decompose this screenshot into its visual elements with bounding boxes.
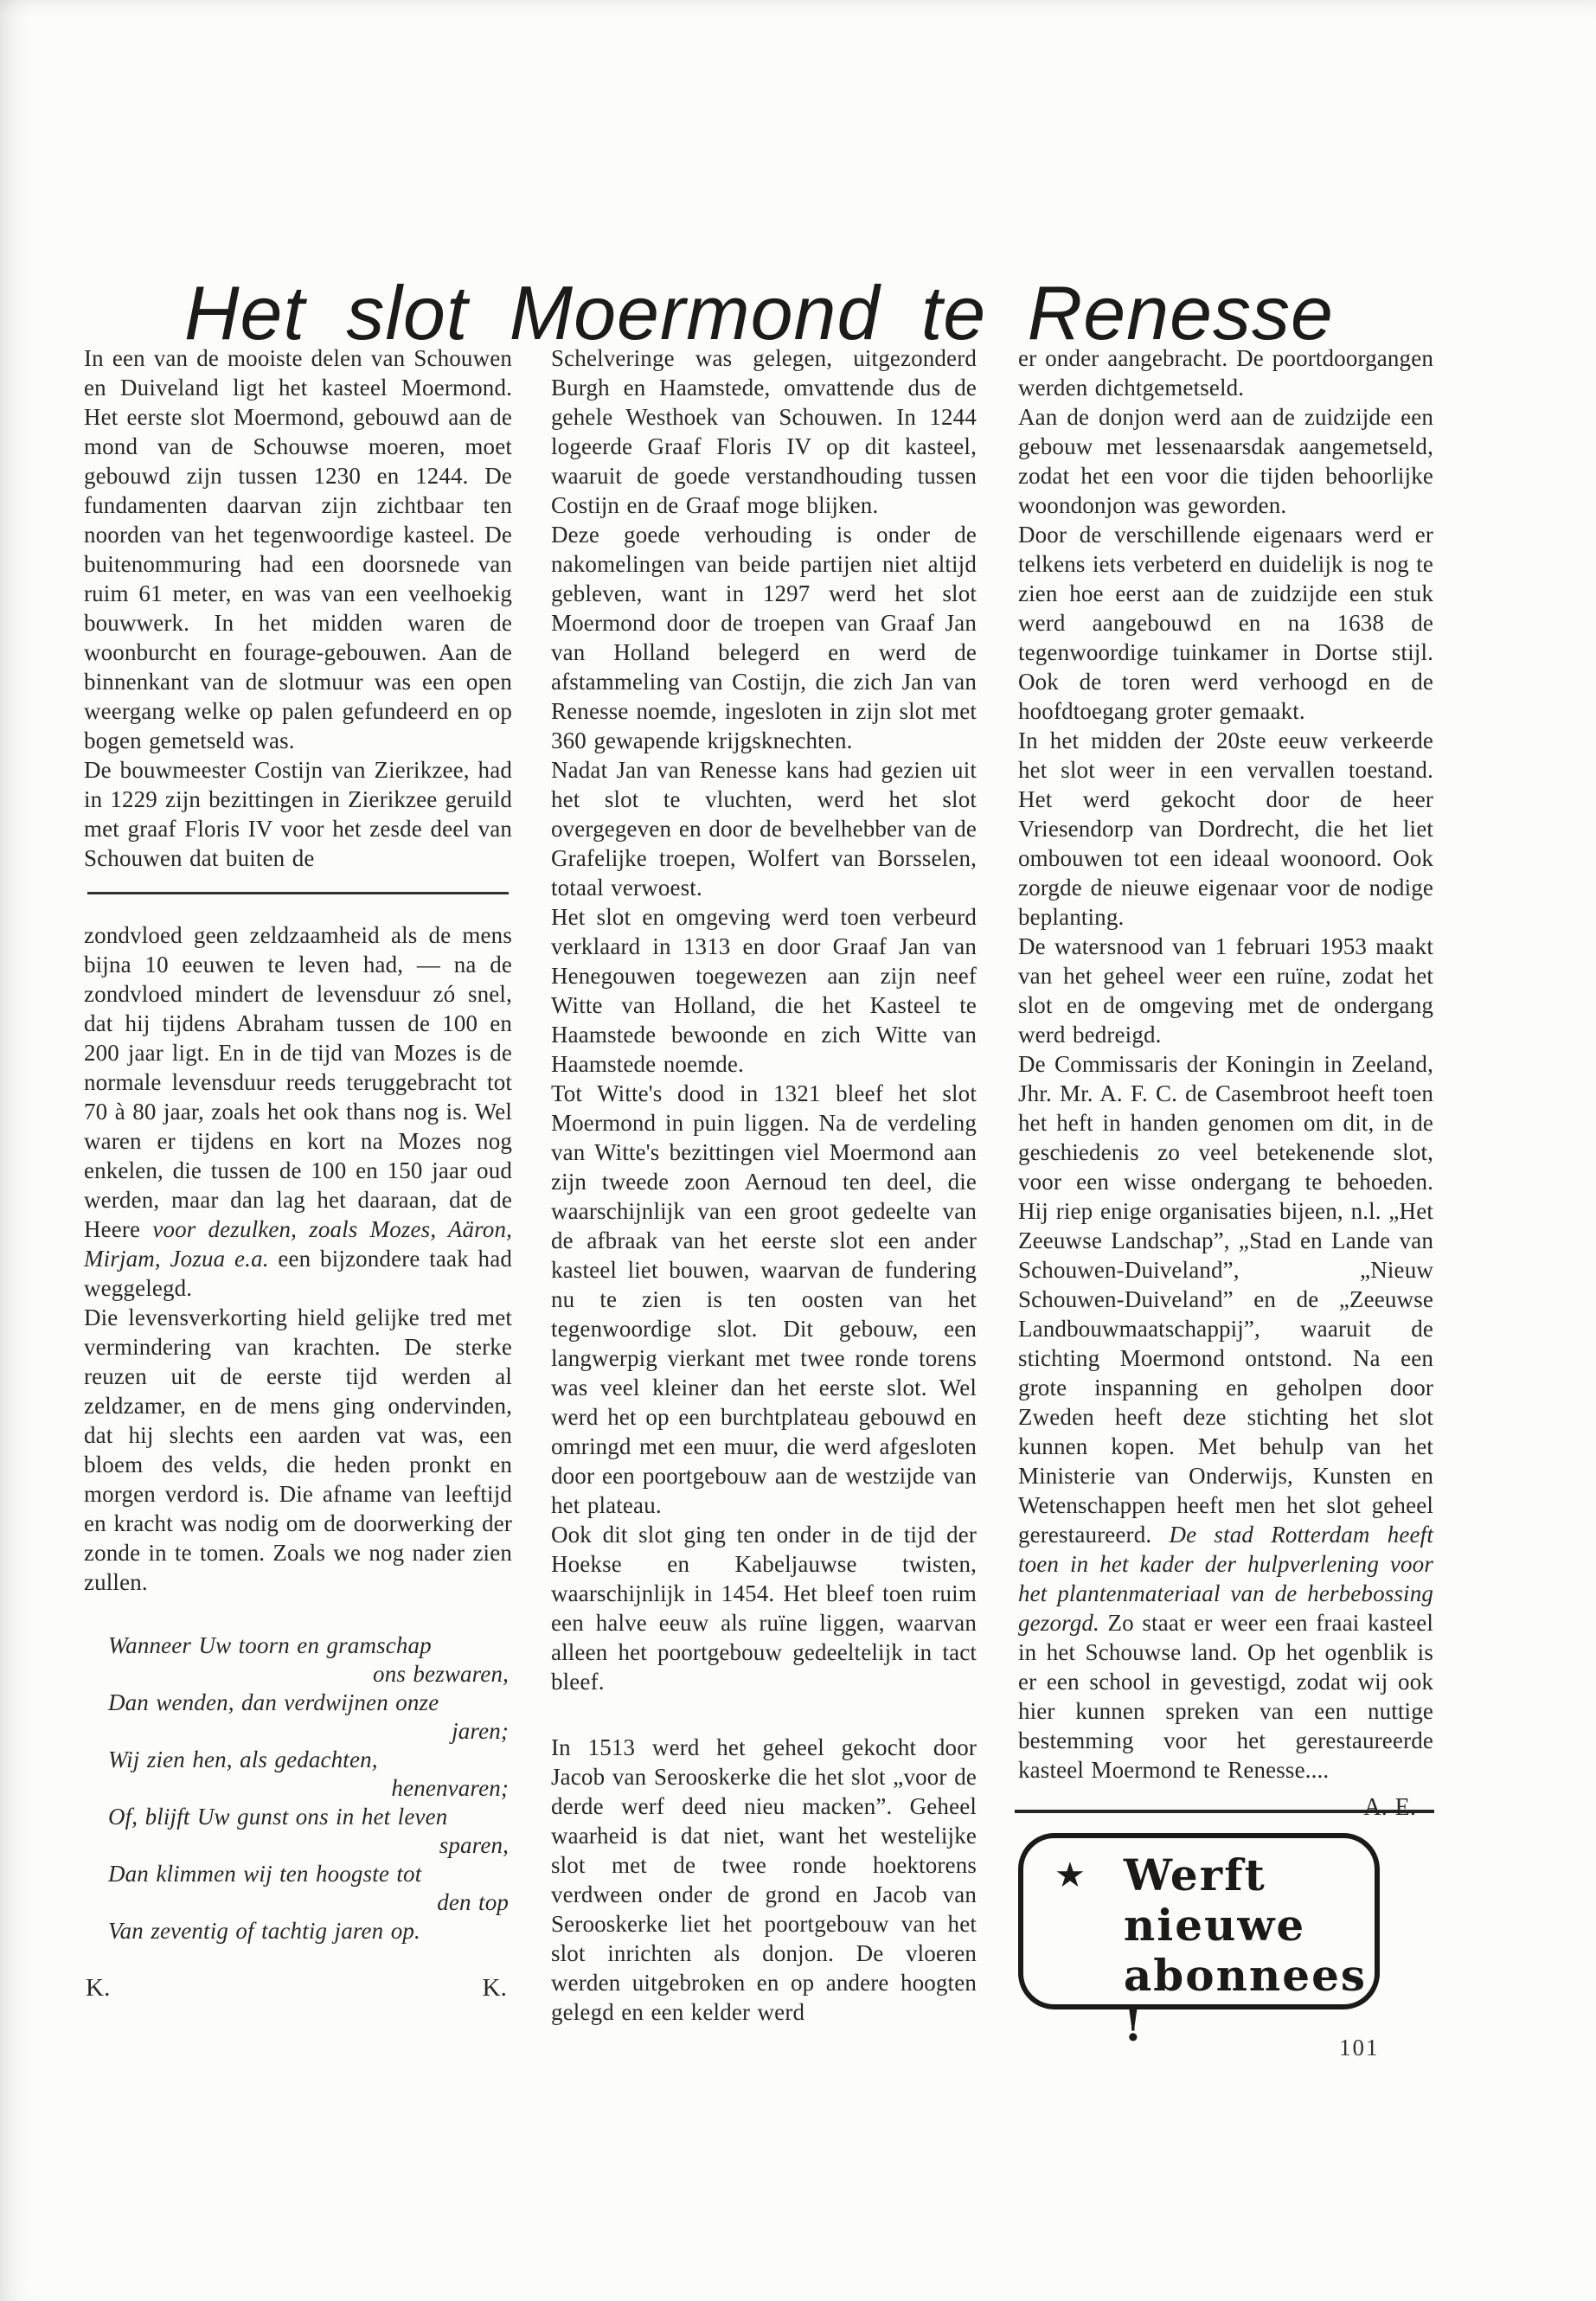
footer-divider-rule	[1015, 1810, 1434, 1813]
poem-line: den top	[84, 1888, 512, 1917]
subscription-ad-box: ★ Werft nieuwe abonnees !	[1018, 1833, 1380, 2009]
poem-line: henenvaren;	[84, 1774, 512, 1803]
moermond-paragraph-8: Ook dit slot ging ten onder in de tijd d…	[551, 1520, 977, 1696]
moermond-paragraph-1: In een van de mooiste delen van Schouwen…	[84, 343, 512, 755]
moermond-paragraph-15: De Commissaris der Koningin in Zeeland, …	[1018, 1049, 1433, 1785]
moermond-paragraph-15-end: Zo staat er weer een fraai kasteel in he…	[1018, 1610, 1433, 1783]
moermond-paragraph-10: er onder aangebracht. De poortdoorgangen…	[1018, 343, 1433, 402]
poem-line: Wanneer Uw toorn en gramschap	[84, 1631, 512, 1660]
lifespan-paragraph-2: Die levensverkorting hield gelijke tred …	[84, 1303, 512, 1597]
poem-line: jaren;	[84, 1717, 512, 1746]
poem-line: ons bezwaren,	[84, 1660, 512, 1689]
subscription-ad-text: Werft nieuwe abonnees !	[1124, 1850, 1368, 2051]
moermond-paragraph-14: De watersnood van 1 februari 1953 maakt …	[1018, 932, 1433, 1049]
poem-line: Wij zien hen, als gedachten,	[84, 1746, 512, 1774]
ad-line-2: nieuwe	[1124, 1900, 1368, 1951]
lifespan-paragraph-1-text: zondvloed geen zeldzaamheid als de mens …	[84, 922, 512, 1242]
poem-line: Of, blijft Uw gunst ons in het leven	[84, 1803, 512, 1831]
article-divider-rule	[87, 892, 509, 894]
poem-line: Dan klimmen wij ten hoogste tot	[84, 1860, 512, 1888]
author-initials: A. E.	[1018, 1793, 1433, 1823]
page-number: 101	[1339, 2035, 1380, 2061]
author-initial-left: K.	[86, 1973, 111, 2003]
moermond-paragraph-2: De bouwmeester Costijn van Zierikzee, ha…	[84, 755, 512, 873]
lifespan-paragraph-1: zondvloed geen zeldzaamheid als de mens …	[84, 920, 512, 1303]
poem-line: sparen,	[84, 1831, 512, 1860]
moermond-paragraph-6: Het slot en omgeving werd toen verbeurd …	[551, 902, 977, 1079]
column-middle: Schelveringe was gelegen, uitgezonderd B…	[551, 343, 977, 2027]
author-initial-right: K.	[483, 1973, 508, 2003]
moermond-paragraph-15-text: De Commissaris der Koningin in Zeeland, …	[1018, 1051, 1433, 1548]
magazine-page: Het slot Moermond te Renesse In een van …	[0, 0, 1596, 2301]
moermond-paragraph-9: In 1513 werd het geheel gekocht door Jac…	[551, 1733, 977, 2027]
ad-line-3: abonnees !	[1124, 1951, 1368, 2051]
moermond-paragraph-7: Tot Witte's dood in 1321 bleef het slot …	[551, 1079, 977, 1520]
ad-line-1: Werft	[1124, 1850, 1368, 1900]
star-icon: ★	[1054, 1850, 1086, 1900]
column-left: In een van de mooiste delen van Schouwen…	[84, 343, 512, 2003]
psalm-poem: Wanneer Uw toorn en gramschap ons bezwar…	[84, 1631, 512, 1945]
moermond-paragraph-11: Aan de donjon werd aan de zuidzijde een …	[1018, 402, 1433, 520]
moermond-paragraph-5: Nadat Jan van Renesse kans had gezien ui…	[551, 755, 977, 902]
moermond-paragraph-4: Deze goede verhouding is onder de nakome…	[551, 520, 977, 755]
poem-line: Dan wenden, dan verdwijnen onze	[84, 1689, 512, 1717]
moermond-paragraph-12: Door de verschillende eigenaars werd er …	[1018, 520, 1433, 726]
moermond-paragraph-3: Schelveringe was gelegen, uitgezonderd B…	[551, 343, 977, 520]
column-right: er onder aangebracht. De poortdoorgangen…	[1018, 343, 1433, 1823]
moermond-paragraph-13: In het midden der 20ste eeuw verkeerde h…	[1018, 726, 1433, 932]
poem-line: Van zeventig of tachtig jaren op.	[84, 1917, 512, 1945]
author-initials-row: K. K.	[84, 1973, 512, 2003]
